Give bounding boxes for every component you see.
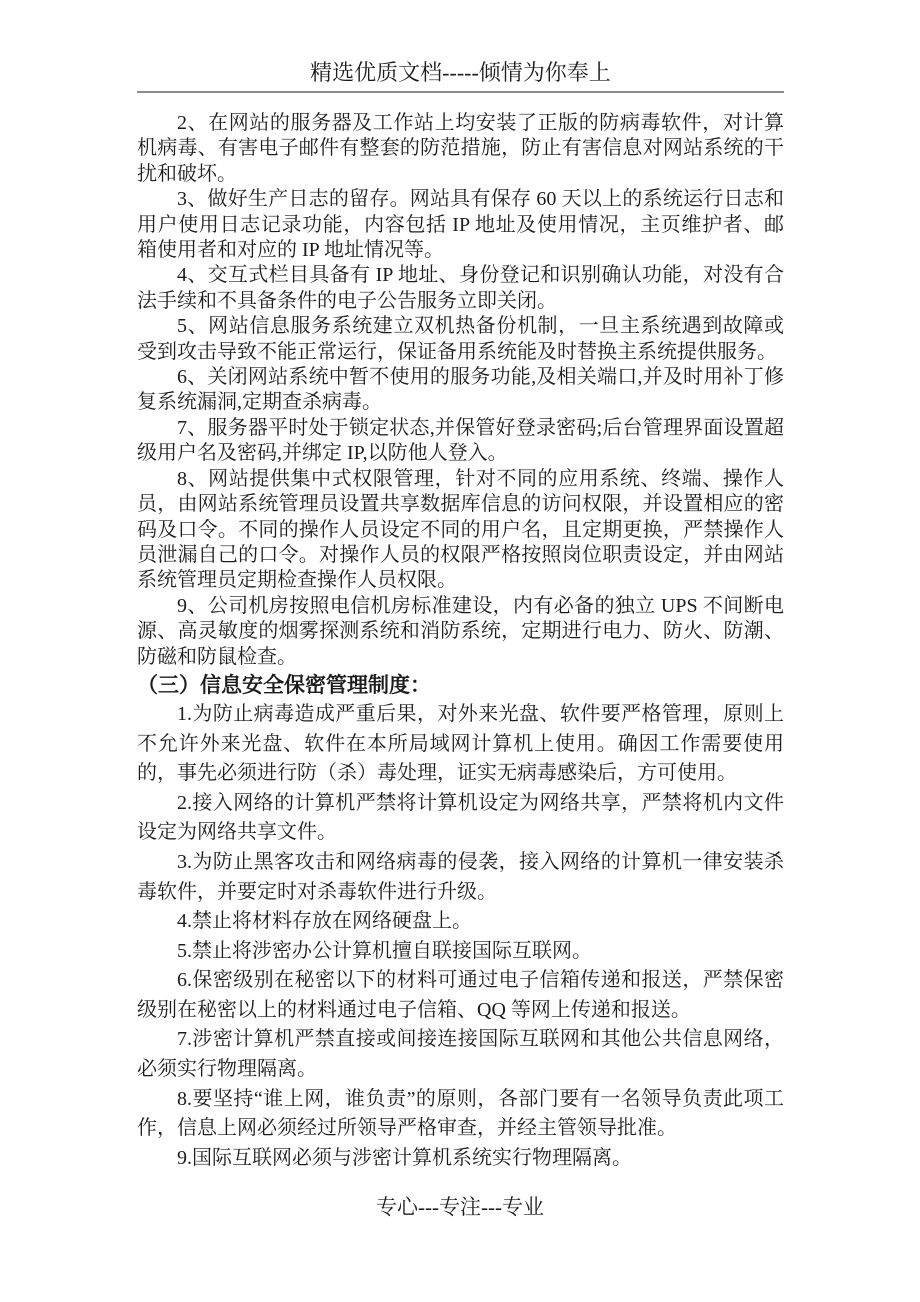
paragraph: 2.接入网络的计算机严禁将计算机设定为网络共享，严禁将机内文件设定为网络共享文件… [137,789,784,848]
paragraph: 5、网站信息服务系统建立双机热备份机制，一旦主系统遇到故障或受到攻击导致不能正常… [137,314,784,365]
paragraph: 5.禁止将涉密办公计算机擅自联接国际互联网。 [137,937,784,967]
document-body: 2、在网站的服务器及工作站上均安装了正版的防病毒软件，对计算机病毒、有害电子邮件… [137,111,784,1173]
page-header: 精选优质文档-----倾情为你奉上 [137,58,784,93]
paragraph: 2、在网站的服务器及工作站上均安装了正版的防病毒软件，对计算机病毒、有害电子邮件… [137,111,784,187]
section-heading: （三）信息安全保密管理制度： [137,670,784,700]
paragraph: 7.涉密计算机严禁直接或间接连接国际互联网和其他公共信息网络，必须实行物理隔离。 [137,1025,784,1084]
paragraph: 9.国际互联网必须与涉密计算机系统实行物理隔离。 [137,1144,784,1174]
paragraph: 8、网站提供集中式权限管理，针对不同的应用系统、终端、操作人员，由网站系统管理员… [137,467,784,594]
section-info-confidentiality: （三）信息安全保密管理制度： 1.为防止病毒造成严重后果，对外来光盘、软件要严格… [137,670,784,1174]
paragraph: 1.为防止病毒造成严重后果，对外来光盘、软件要严格管理，原则上不允许外来光盘、软… [137,700,784,789]
paragraph: 3、做好生产日志的留存。网站具有保存 60 天以上的系统运行日志和用户使用日志记… [137,187,784,263]
paragraph: 4.禁止将材料存放在网络硬盘上。 [137,907,784,937]
paragraph: 6、关闭网站系统中暂不使用的服务功能,及相关端口,并及时用补丁修复系统漏洞,定期… [137,365,784,416]
paragraph: 3.为防止黑客攻击和网络病毒的侵袭，接入网络的计算机一律安装杀毒软件，并要定时对… [137,848,784,907]
paragraph: 6.保密级别在秘密以下的材料可通过电子信箱传递和报送，严禁保密级别在秘密以上的材… [137,966,784,1025]
paragraph: 8.要坚持“谁上网，谁负责”的原则，各部门要有一名领导负责此项工作，信息上网必须… [137,1085,784,1144]
paragraph: 7、服务器平时处于锁定状态,并保管好登录密码;后台管理界面设置超级用户名及密码,… [137,416,784,467]
document-page: 精选优质文档-----倾情为你奉上 2、在网站的服务器及工作站上均安装了正版的防… [0,0,920,1302]
page-footer: 专心---专注---专业 [0,1195,920,1219]
paragraph: 4、交互式栏目具备有 IP 地址、身份登记和识别确认功能，对没有合法手续和不具备… [137,263,784,314]
section-network-security: 2、在网站的服务器及工作站上均安装了正版的防病毒软件，对计算机病毒、有害电子邮件… [137,111,784,670]
paragraph: 9、公司机房按照电信机房标准建设，内有必备的独立 UPS 不间断电源、高灵敏度的… [137,594,784,670]
